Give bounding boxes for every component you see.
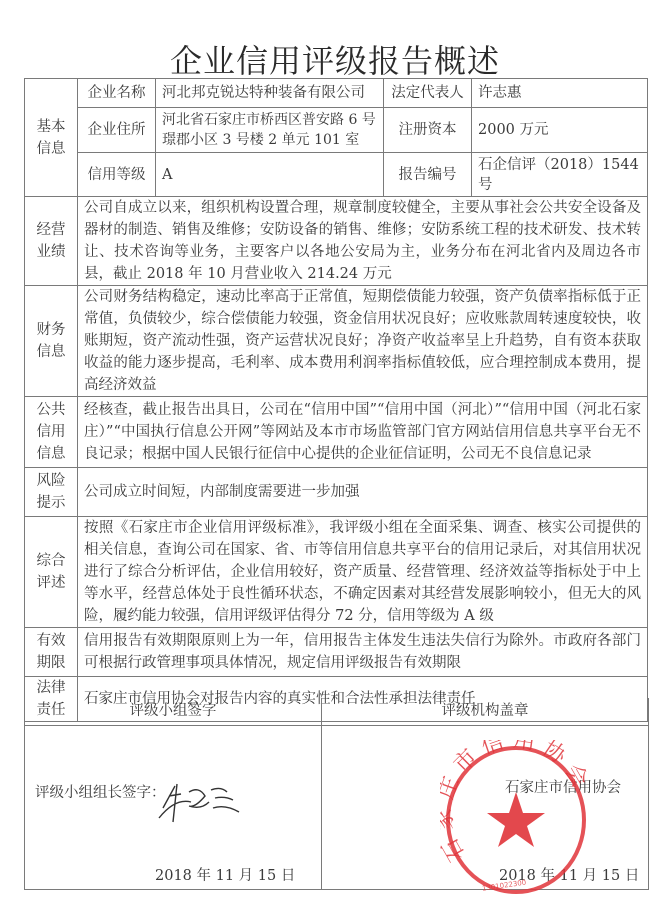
- address-value: 河北省石家庄市桥西区普安路 6 号璟郡小区 3 号楼 2 单元 101 室: [156, 108, 384, 153]
- official-seal-icon: 石 家 庄 市 信 用 协 会 1301022300: [440, 740, 590, 898]
- section-label-public-credit: 公共信用信息: [25, 397, 78, 468]
- credit-grade-label: 信用等级: [78, 153, 156, 197]
- handwritten-signature-icon: [155, 778, 245, 828]
- signature-divider: [321, 698, 322, 889]
- registered-capital-value: 2000 万元: [472, 108, 648, 153]
- section-text-summary: 按照《石家庄市企业信用评级标准》，我评级小组在全面采集、调查、核实公司提供的相关…: [78, 517, 648, 628]
- section-text-validity: 信用报告有效期限原则上为一年，信用报告主体发生违法失信行为除外。市政府各部门可根…: [78, 628, 648, 677]
- leader-signature-label: 评级小组组长签字：: [35, 781, 166, 802]
- section-text-risk: 公司成立时间短，内部制度需要进一步加强: [78, 468, 648, 517]
- report-table: 基本信息 企业名称 河北邦克锐达特种装备有限公司 法定代表人 许志惠 企业住所 …: [24, 78, 648, 722]
- report-no-value: 石企信评（2018）1544 号: [472, 153, 648, 197]
- company-name-value: 河北邦克锐达特种装备有限公司: [156, 79, 384, 108]
- signature-left-date: 2018 年 11 月 15 日: [155, 864, 295, 885]
- address-label: 企业住所: [78, 108, 156, 153]
- section-label-risk: 风险提示: [25, 468, 78, 517]
- section-text-performance: 公司自成立以来，组织机构设置合理，规章制度较健全，主要从事社会公共安全设备及器材…: [78, 197, 648, 286]
- registered-capital-label: 注册资本: [384, 108, 472, 153]
- signature-right-header: 评级机构盖章: [322, 698, 648, 726]
- signature-left-header: 评级小组签字: [25, 698, 321, 726]
- section-text-public-credit: 经核查，截止报告出具日，公司在“信用中国”“信用中国（河北）”“信用中国（河北石…: [78, 397, 648, 468]
- section-label-basic-info: 基本信息: [25, 79, 78, 197]
- legal-rep-value: 许志惠: [472, 79, 648, 108]
- report-no-label: 报告编号: [384, 153, 472, 197]
- legal-rep-label: 法定代表人: [384, 79, 472, 108]
- section-label-validity: 有效期限: [25, 628, 78, 677]
- page-title: 企业信用评级报告概述: [0, 36, 670, 82]
- company-name-label: 企业名称: [78, 79, 156, 108]
- section-label-performance: 经营业绩: [25, 197, 78, 286]
- credit-grade-value: A: [156, 153, 384, 197]
- section-text-financial: 公司财务结构稳定，速动比率高于正常值，短期偿债能力较强，资产负债率指标低于正常值…: [78, 286, 648, 397]
- section-label-summary: 综合评述: [25, 517, 78, 628]
- section-label-financial: 财务信息: [25, 286, 78, 397]
